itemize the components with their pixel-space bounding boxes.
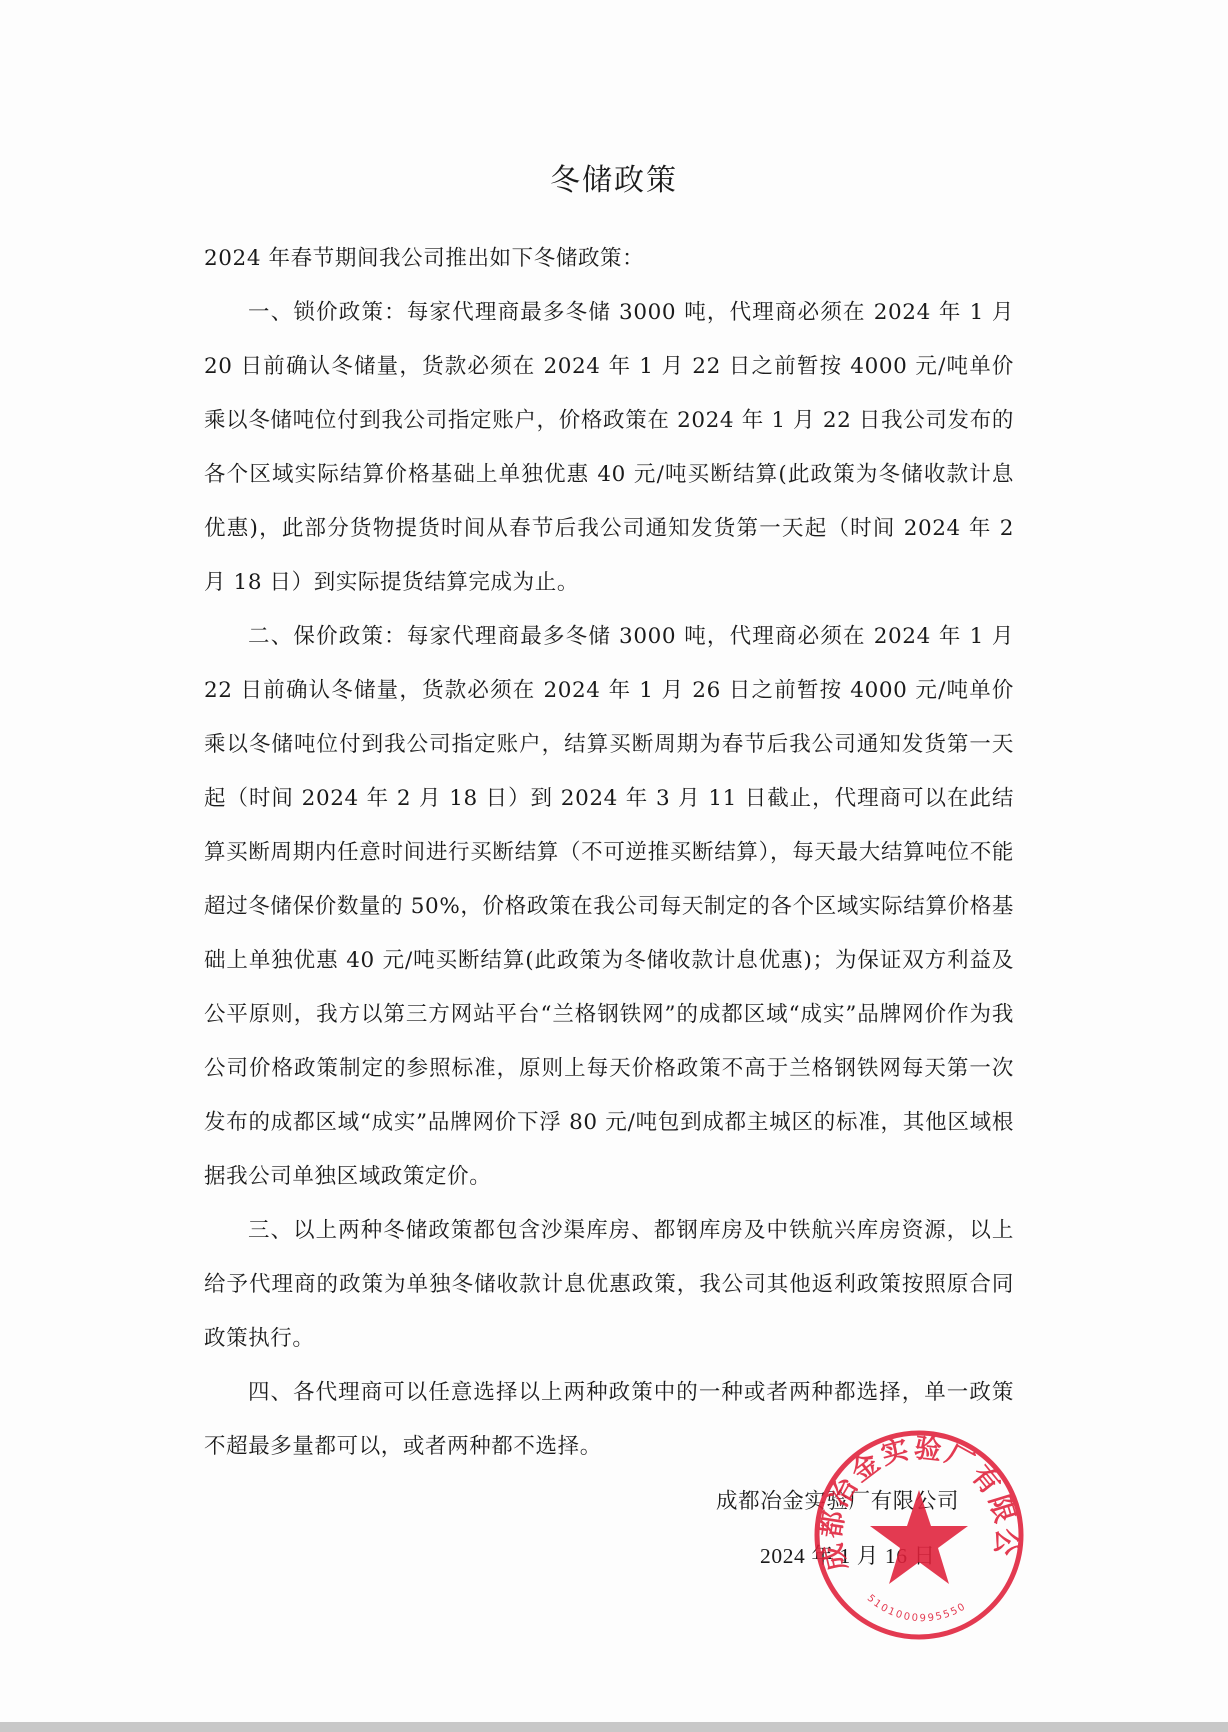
svg-text:5101000995550: 5101000995550 — [865, 1593, 969, 1624]
policy-paragraph-price-protection: 二、保价政策：每家代理商最多冬储 3000 吨，代理商必须在 2024 年 1 … — [204, 610, 1014, 1204]
signature-block: 成都冶金实验厂有限公司 2024 年 1 月 16 日 — [700, 1475, 1000, 1583]
document-title: 冬储政策 — [0, 158, 1228, 204]
intro-paragraph: 2024 年春节期间我公司推出如下冬储政策： — [204, 232, 1014, 286]
policy-paragraph-lock-price: 一、锁价政策：每家代理商最多冬储 3000 吨，代理商必须在 2024 年 1 … — [204, 286, 1014, 610]
policy-paragraph-choice: 四、各代理商可以任意选择以上两种政策中的一种或者两种都选择，单一政策不超最多量都… — [204, 1366, 1014, 1474]
seal-number: 5101000995550 — [865, 1593, 969, 1624]
document-page: 冬储政策 2024 年春节期间我公司推出如下冬储政策： 一、锁价政策：每家代理商… — [0, 0, 1228, 1722]
bottom-bar — [0, 1722, 1228, 1732]
signature-company: 成都冶金实验厂有限公司 — [700, 1475, 1000, 1529]
policy-paragraph-warehouses: 三、以上两种冬储政策都包含沙渠库房、都钢库房及中铁航兴库房资源，以上给予代理商的… — [204, 1204, 1014, 1366]
document-body: 2024 年春节期间我公司推出如下冬储政策： 一、锁价政策：每家代理商最多冬储 … — [204, 232, 1014, 1474]
signature-date: 2024 年 1 月 16 日 — [700, 1529, 1000, 1583]
